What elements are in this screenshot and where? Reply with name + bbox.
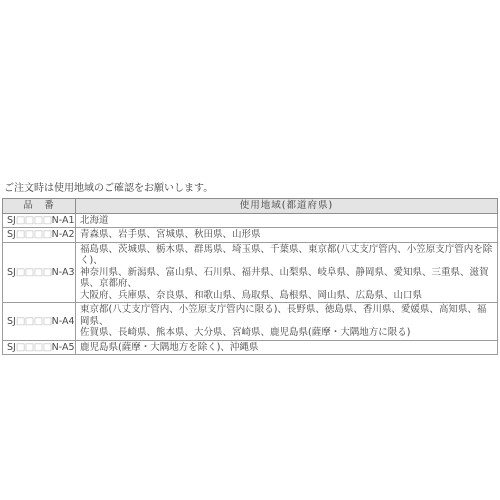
part-number-cell: SJ□□□□N-A5 <box>3 340 76 355</box>
part-number-cell: SJ□□□□N-A2 <box>3 228 76 243</box>
part-code-suffix: N-A1 <box>52 215 75 226</box>
code-placeholder-boxes: □□□□ <box>16 342 52 353</box>
part-code-suffix: N-A2 <box>52 229 75 240</box>
table-row: SJ□□□□N-A5 鹿児島県(薩摩・大隅地方を除く)、沖縄県 <box>3 340 498 355</box>
part-number-cell: SJ□□□□N-A4 <box>3 303 76 341</box>
order-region-note: ご注文時は使用地域のご確認をお願いします。 <box>4 183 213 195</box>
region-cell: 北海道 <box>76 213 498 228</box>
table-row: SJ□□□□N-A2 青森県、岩手県、宮城県、秋田県、山形県 <box>3 228 498 243</box>
region-cell: 東京都(八丈支庁管内、小笠原支庁管内に限る)、長野県、徳島県、香川県、愛媛県、高… <box>76 303 498 341</box>
table-row: SJ□□□□N-A3 福島県、茨城県、栃木県、群馬県、埼玉県、千葉県、東京都(八… <box>3 242 498 303</box>
region-cell: 鹿児島県(薩摩・大隅地方を除く)、沖縄県 <box>76 340 498 355</box>
part-code-prefix: SJ <box>7 229 16 240</box>
table-row: SJ□□□□N-A1 北海道 <box>3 213 498 228</box>
usage-region-table: 品 番 使用地域(都道府県) SJ□□□□N-A1 北海道 SJ□□□□N-A2… <box>2 198 498 355</box>
part-code-suffix: N-A4 <box>52 316 75 327</box>
part-code-suffix: N-A3 <box>52 267 75 278</box>
part-code-prefix: SJ <box>7 267 16 278</box>
part-code-prefix: SJ <box>7 342 16 353</box>
region-cell: 青森県、岩手県、宮城県、秋田県、山形県 <box>76 228 498 243</box>
table-header-row: 品 番 使用地域(都道府県) <box>3 199 498 214</box>
part-code-prefix: SJ <box>7 316 16 327</box>
part-number-cell: SJ□□□□N-A3 <box>3 242 76 303</box>
code-placeholder-boxes: □□□□ <box>16 267 52 278</box>
part-number-header: 品 番 <box>3 199 76 214</box>
table-row: SJ□□□□N-A4 東京都(八丈支庁管内、小笠原支庁管内に限る)、長野県、徳島… <box>3 303 498 341</box>
part-code-prefix: SJ <box>7 215 16 226</box>
part-number-cell: SJ□□□□N-A1 <box>3 213 76 228</box>
region-header: 使用地域(都道府県) <box>76 199 498 214</box>
code-placeholder-boxes: □□□□ <box>16 316 52 327</box>
code-placeholder-boxes: □□□□ <box>16 229 52 240</box>
region-cell: 福島県、茨城県、栃木県、群馬県、埼玉県、千葉県、東京都(八丈支庁管内、小笠原支庁… <box>76 242 498 303</box>
catalog-page: ご注文時は使用地域のご確認をお願いします。 品 番 使用地域(都道府県) SJ□… <box>0 0 500 500</box>
code-placeholder-boxes: □□□□ <box>16 215 52 226</box>
part-code-suffix: N-A5 <box>52 342 75 353</box>
